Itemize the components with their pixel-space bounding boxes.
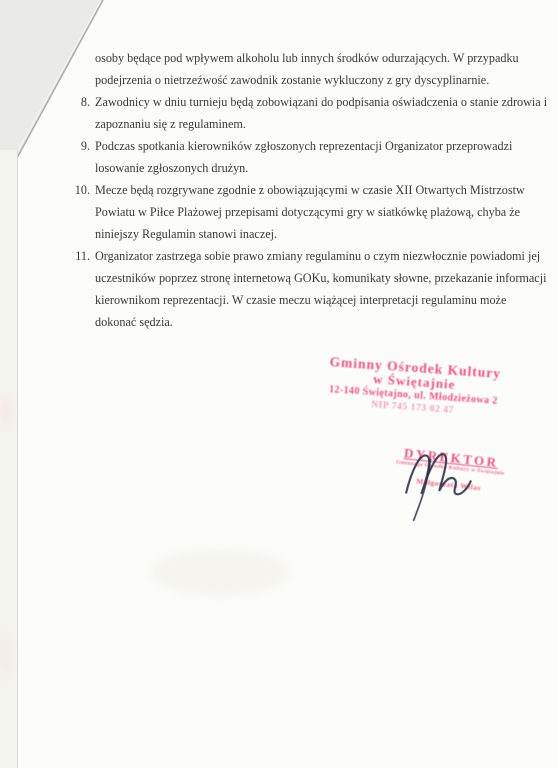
intro-paragraph: osoby będące pod wpływem alkoholu lub in…: [95, 47, 535, 91]
list-number: 11.: [66, 245, 90, 267]
paragraph-line: Organizator zastrzega sobie prawo zmiany…: [95, 245, 535, 267]
paragraph-line: niniejszy Regulamin stanowi inaczej.: [95, 223, 535, 245]
scan-smudge: [0, 395, 10, 429]
paragraph-line: losowanie zgłoszonych drużyn.: [95, 157, 535, 179]
paragraph-line: Powiatu w Piłce Plażowej przepisami doty…: [95, 201, 535, 223]
scanned-page-text: osoby będące pod wpływem alkoholu lub in…: [95, 47, 535, 333]
organization-stamp: Gminny Ośrodek Kultury w Świętajnie 12-1…: [306, 353, 521, 422]
paragraph-line: podejrzenia o nietrzeźwość zawodnik zost…: [95, 69, 535, 91]
scan-smudge: [0, 630, 11, 680]
list-number: 8.: [66, 91, 90, 113]
list-item-9: 9. Podczas spotkania kierowników zgłoszo…: [95, 135, 535, 179]
signature: [386, 440, 491, 535]
paragraph-line: Zawodnicy w dniu turnieju będą zobowiąza…: [95, 91, 535, 113]
paragraph-line: Podczas spotkania kierowników zgłoszonyc…: [95, 135, 535, 157]
list-item-8: 8. Zawodnicy w dniu turnieju będą zobowi…: [95, 91, 535, 135]
paragraph-line: osoby będące pod wpływem alkoholu lub in…: [95, 47, 535, 69]
paragraph-line: dokonać sędzia.: [95, 311, 535, 333]
list-item-10: 10. Mecze będą rozgrywane zgodnie z obow…: [95, 179, 535, 245]
list-number: 9.: [66, 135, 90, 157]
paragraph-line: uczestników poprzez stronę internetową G…: [95, 267, 535, 289]
paragraph-line: kierownikom reprezentacji. W czasie mecz…: [95, 289, 535, 311]
list-item-11: 11. Organizator zastrzega sobie prawo zm…: [95, 245, 535, 333]
paragraph-line: Mecze będą rozgrywane zgodnie z obowiązu…: [95, 179, 535, 201]
list-number: 10.: [66, 179, 90, 201]
paragraph-line: zapoznaniu się z regulaminem.: [95, 113, 535, 135]
scan-smudge: [150, 550, 290, 595]
